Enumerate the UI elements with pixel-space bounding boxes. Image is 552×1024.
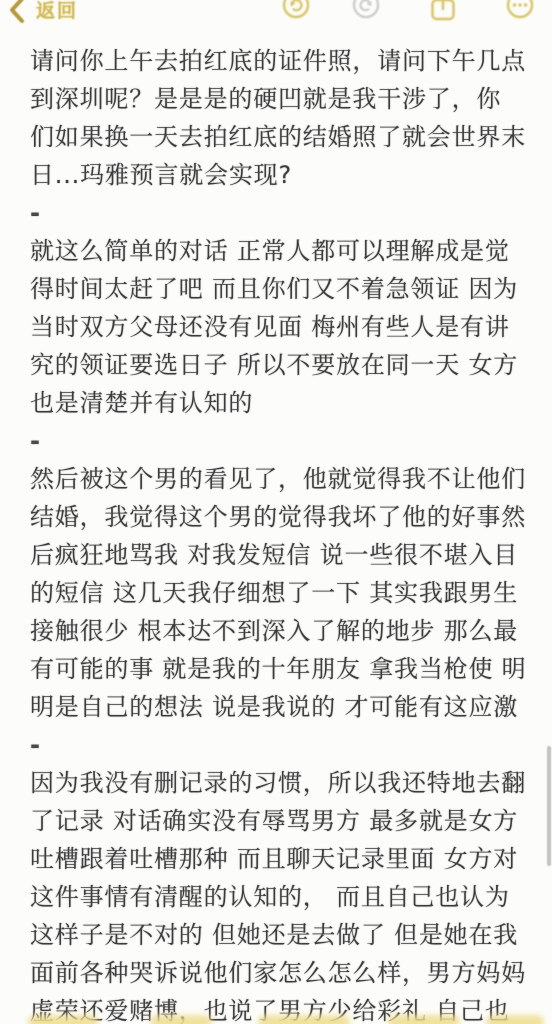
highlight-blob: [28, 1015, 98, 1024]
text-line: 日...玛雅预言就会实现?: [30, 156, 530, 194]
share-icon: [428, 0, 458, 21]
highlight-blob: [388, 1015, 460, 1024]
paragraph-separator-dash: -: [30, 194, 530, 232]
refresh-icon: [281, 0, 311, 21]
post-text-body: 请问你上午去拍红底的证件照，请问下午几点到深圳呢？是是是的硬凹就是我干涉了，你们…: [0, 26, 552, 1024]
top-navigation-bar: 返回: [0, 0, 552, 28]
text-line: 请问你上午去拍红底的证件照，请问下午几点: [30, 42, 530, 80]
text-line: 后疯狂地骂我 对我发短信 说一些很不堪入目: [30, 536, 530, 574]
paragraph-separator-dash: -: [30, 726, 530, 764]
text-line: 到深圳呢？是是是的硬凹就是我干涉了，你: [30, 80, 530, 118]
text-line: 因为我没有删记录的习惯，所以我还特地去翻: [30, 764, 530, 802]
text-line: 接触很少 根本达不到深入了解的地步 那么最: [30, 612, 530, 650]
paragraph: 请问你上午去拍红底的证件照，请问下午几点到深圳呢？是是是的硬凹就是我干涉了，你们…: [30, 42, 530, 194]
history-button[interactable]: [351, 0, 381, 21]
text-line: 的短信 这几天我仔细想了一下 其实我跟男生: [30, 574, 530, 612]
topbar-icon-group: [0, 0, 552, 28]
paragraph: 然后被这个男的看见了，他就觉得我不让他们结婚，我觉得这个男的觉得我坏了他的好事然…: [30, 460, 530, 726]
text-line: 们如果换一天去拍红底的结婚照了就会世界末: [30, 118, 530, 156]
text-line: 结婚，我觉得这个男的觉得我坏了他的好事然: [30, 498, 530, 536]
paragraph-separator-dash: -: [30, 422, 530, 460]
highlight-blob: [258, 1015, 350, 1024]
refresh-button[interactable]: [281, 0, 311, 21]
share-button[interactable]: [428, 0, 458, 21]
text-line: 吐槽跟着吐槽那种 而且聊天记录里面 女方对: [30, 840, 530, 878]
text-line: 这样子是不对的 但她还是去做了 但是她在我: [30, 916, 530, 954]
more-button[interactable]: [505, 0, 535, 21]
text-line: 究的领证要选日子 所以不要放在同一天 女方: [30, 346, 530, 384]
text-line: 明是自己的想法 说是我说的 才可能有这应激: [30, 688, 530, 726]
highlighted-text-strip: [0, 1011, 552, 1024]
paragraph: 因为我没有删记录的习惯，所以我还特地去翻了记录 对话确实没有辱骂男方 最多就是女…: [30, 764, 530, 1024]
highlight-blob: [486, 1015, 544, 1024]
history-icon: [351, 0, 381, 21]
text-line: 也是清楚并有认知的: [30, 384, 530, 422]
paragraph: 就这么简单的对话 正常人都可以理解成是觉得时间太赶了吧 而且你们又不着急领证 因…: [30, 232, 530, 422]
text-line: 就这么简单的对话 正常人都可以理解成是觉: [30, 232, 530, 270]
more-icon: [505, 0, 535, 21]
app-screen: 返回: [0, 0, 552, 1024]
scrollbar-thumb[interactable]: [547, 746, 551, 866]
text-line: 面前各种哭诉说他们家怎么怎么样，男方妈妈: [30, 954, 530, 992]
highlight-blob: [150, 1015, 212, 1024]
text-line: 得时间太赶了吧 而且你们又不着急领证 因为: [30, 270, 530, 308]
text-line: 然后被这个男的看见了，他就觉得我不让他们: [30, 460, 530, 498]
text-line: 有可能的事 就是我的十年朋友 拿我当枪使 明: [30, 650, 530, 688]
text-line: 了记录 对话确实没有辱骂男方 最多就是女方: [30, 802, 530, 840]
text-line: 这件事情有清醒的认知的， 而且自己也认为: [30, 878, 530, 916]
text-line: 当时双方父母还没有见面 梅州有些人是有讲: [30, 308, 530, 346]
